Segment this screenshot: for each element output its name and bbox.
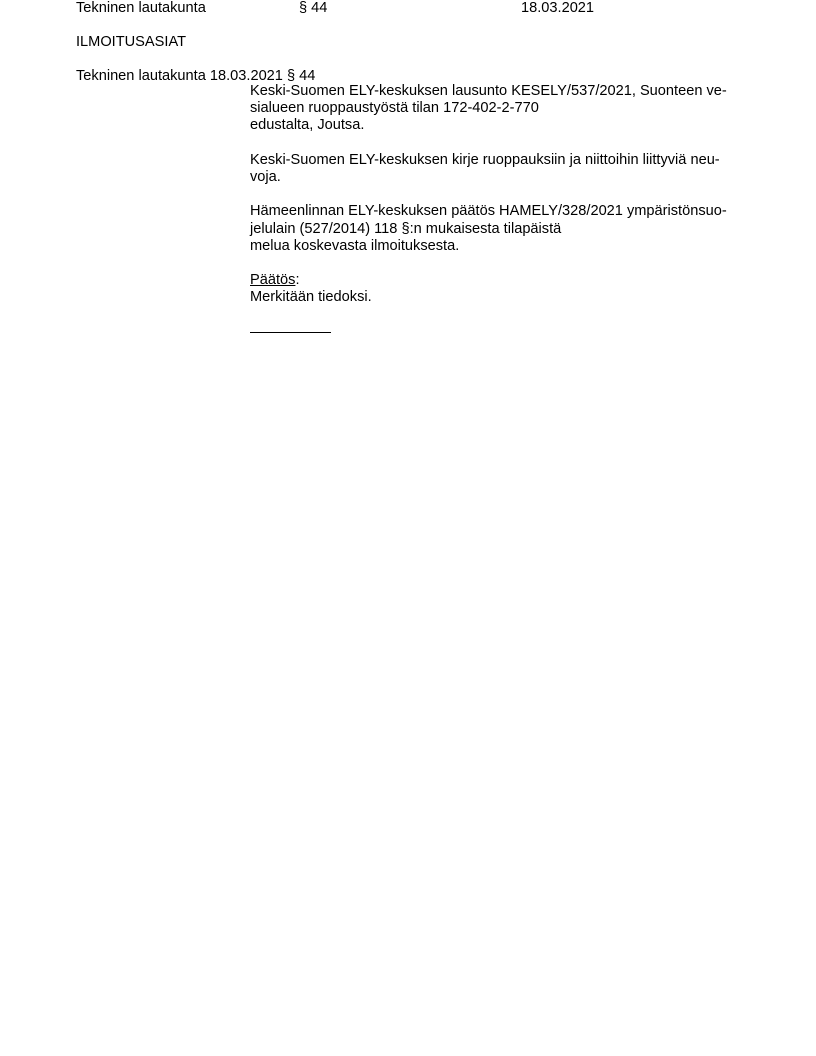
notice-item: Hämeenlinnan ELY-keskuksen päätös HAMELY…	[250, 203, 750, 255]
notice-item: Keski-Suomen ELY-keskuksen kirje ruoppau…	[250, 152, 750, 186]
notice-line: Hämeenlinnan ELY-keskuksen päätös HAMELY…	[250, 203, 750, 220]
decision-heading: Päätös:	[250, 272, 750, 289]
document-body: Keski-Suomen ELY-keskuksen lausunto KESE…	[250, 83, 750, 333]
header-board-name: Tekninen lautakunta	[76, 0, 206, 17]
end-separator-line	[250, 332, 331, 333]
notice-line: melua koskevasta ilmoituksesta.	[250, 238, 750, 255]
notice-line: sialueen ruoppaustyöstä tilan 172-402-2-…	[250, 100, 750, 117]
notice-line: jelulain (527/2014) 118 §:n mukaisesta t…	[250, 221, 750, 238]
decision-label-colon: :	[295, 272, 299, 288]
notice-line: edustalta, Joutsa.	[250, 117, 750, 134]
header-section-number: § 44	[299, 0, 327, 17]
document-page: Tekninen lautakunta § 44 18.03.2021 ILMO…	[0, 0, 816, 1056]
notice-item: Keski-Suomen ELY-keskuksen lausunto KESE…	[250, 83, 750, 135]
decision-block: Päätös: Merkitään tiedoksi.	[250, 272, 750, 332]
notice-line: Keski-Suomen ELY-keskuksen kirje ruoppau…	[250, 152, 750, 169]
decision-label: Päätös	[250, 272, 295, 288]
notice-line: Keski-Suomen ELY-keskuksen lausunto KESE…	[250, 83, 750, 100]
document-title: ILMOITUSASIAT	[76, 34, 186, 51]
header-date: 18.03.2021	[521, 0, 594, 17]
decision-text: Merkitään tiedoksi.	[250, 289, 750, 306]
notice-line: voja.	[250, 169, 750, 186]
